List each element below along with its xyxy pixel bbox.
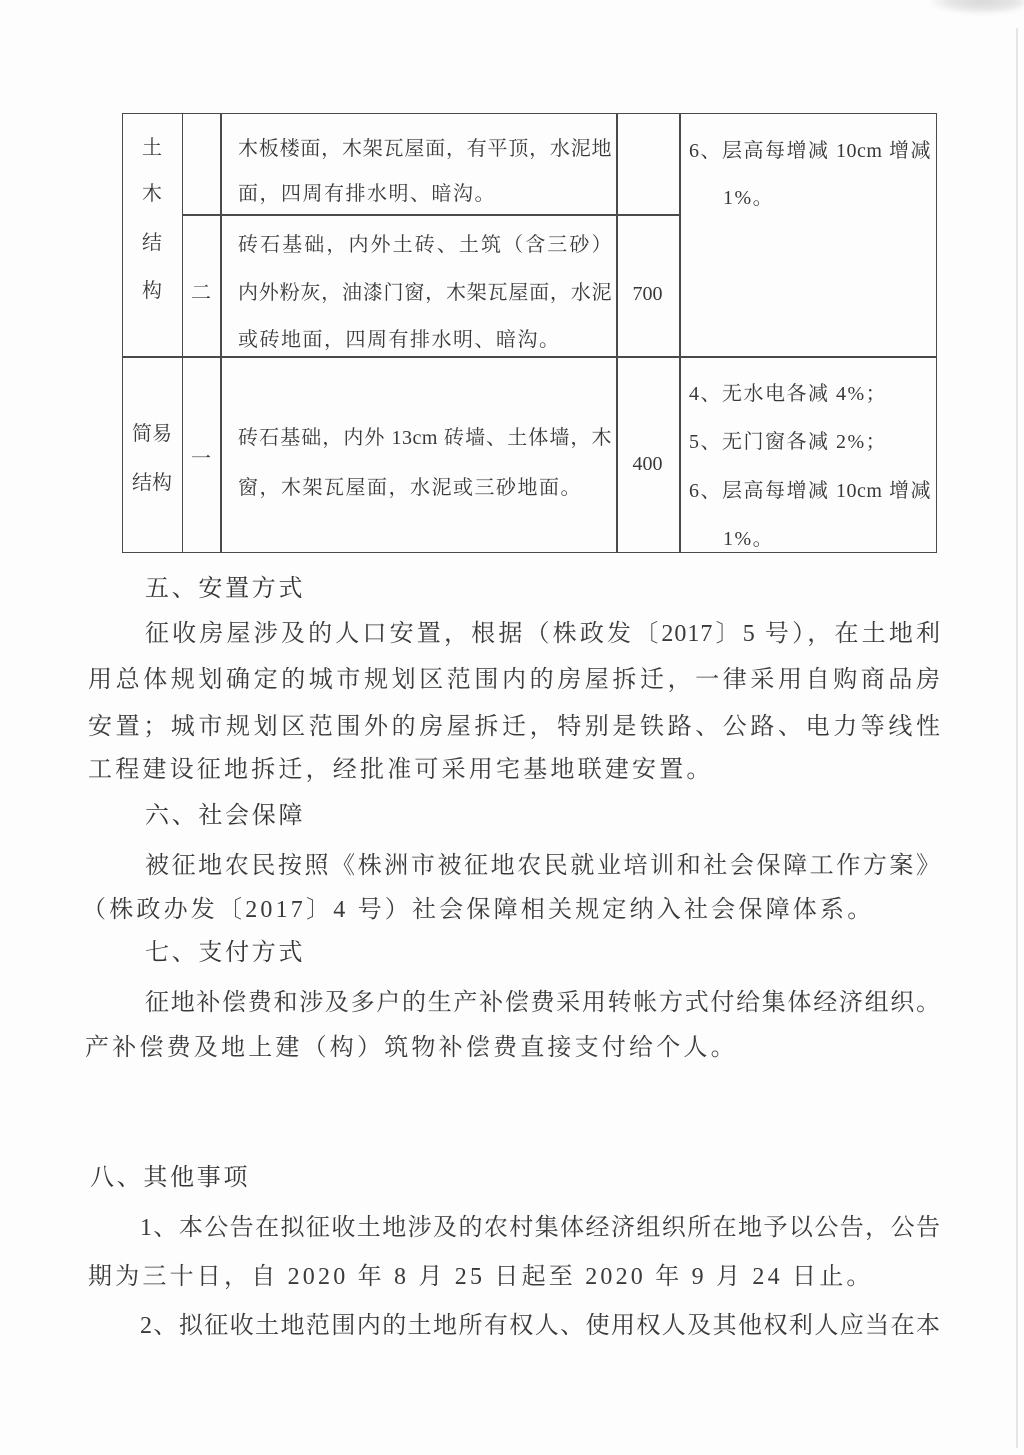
table-grid-line: [182, 114, 184, 552]
table-cell-price: 400: [616, 442, 679, 486]
paragraph-line: 2、拟征收土地范围内的土地所有权人、使用权人及其他权利人应当在本: [140, 1303, 941, 1349]
table-grid-line: [616, 114, 618, 552]
table-cell-grade: 二: [182, 271, 220, 315]
scan-smudge-top-right: [930, 0, 1024, 14]
table-cell-notes: 1%。: [723, 517, 774, 561]
paragraph-line: 用总体规划确定的城市规划区范围内的房屋拆迁，一律采用自购商品房: [88, 657, 941, 703]
section-heading-payment: 七、支付方式: [145, 930, 305, 976]
table-cell-description: 砖石基础，内外 13cm 砖墙、土体墙，木门: [238, 416, 612, 460]
paragraph-line: 期为三十日，自 2020 年 8 月 25 日起至 2020 年 9 月 24 …: [88, 1254, 874, 1300]
table-cell-grade: 一: [182, 437, 220, 481]
table-cell-notes: 6、层高每增减 10cm 增减: [689, 469, 931, 513]
paragraph-line: 被征地农民按照《株洲市被征地农民就业培训和社会保障工作方案》: [145, 843, 941, 889]
table-cell-description: 面，四周有排水明、暗沟。: [238, 172, 496, 216]
section-heading-other-matters: 八、其他事项: [90, 1155, 250, 1201]
paragraph-line: 安置；城市规划区范围外的房屋拆迁，特别是铁路、公路、电力等线性: [88, 704, 941, 750]
paragraph-line: 1、本公告在拟征收土地涉及的农村集体经济组织所在地予以公告，公告: [140, 1205, 941, 1251]
paragraph-line: 征收房屋涉及的人口安置，根据（株政发〔2017〕5 号），在土地利: [145, 611, 941, 657]
table-cell-notes: 4、无水电各减 4%；: [689, 372, 887, 416]
table-cell-description: 或砖地面，四周有排水明、暗沟。: [238, 318, 561, 362]
section-heading-placement: 五、安置方式: [145, 566, 305, 612]
table-cell-structure-type: 木: [123, 172, 181, 216]
table-cell-notes: 6、层高每增减 10cm 增减: [689, 129, 931, 173]
table-cell-structure-type: 结构: [123, 461, 181, 505]
paragraph-line: 征地补偿费和涉及多户的生产补偿费采用转帐方式付给集体经济组织。生: [145, 980, 941, 1026]
table-cell-structure-type: 结: [123, 221, 181, 265]
paragraph-line: 产补偿费及地上建（构）筑物补偿费直接支付给个人。: [85, 1025, 738, 1071]
paragraph-line: 工程建设征地拆迁，经批准可采用宅基地联建安置。: [88, 747, 714, 793]
table-cell-description: 窗，木架瓦屋面，水泥或三砂地面。: [238, 466, 582, 510]
table-cell-notes: 5、无门窗各减 2%；: [689, 420, 887, 464]
table-cell-structure-type: 简易: [123, 412, 181, 456]
document-page: { "page": { "background": "#fdfdfd", "in…: [0, 0, 1024, 1455]
table-cell-description: 内外粉灰，油漆门窗，木架瓦屋面，水泥: [238, 271, 612, 315]
table-cell-description: 木板楼面，木架瓦屋面，有平顶，水泥地: [238, 127, 612, 171]
table-cell-description: 砖石基础，内外土砖、土筑（含三砂）墙，: [238, 223, 612, 267]
table-grid-line: [220, 114, 222, 552]
table-grid-line: [679, 114, 681, 552]
section-heading-social-security: 六、社会保障: [145, 793, 305, 839]
table-cell-structure-type: 构: [123, 269, 181, 313]
paragraph-line: （株政办发〔2017〕4 号）社会保障相关规定纳入社会保障体系。: [82, 887, 874, 933]
table-cell-notes: 1%。: [723, 176, 774, 220]
table-cell-price: 700: [616, 272, 679, 316]
compensation-table: 土 木 结 构 二 木板楼面，木架瓦屋面，有平顶，水泥地 面，四周有排水明、暗沟…: [122, 113, 937, 553]
table-cell-structure-type: 土: [123, 126, 181, 170]
scan-edge-line: [1016, 28, 1018, 1448]
